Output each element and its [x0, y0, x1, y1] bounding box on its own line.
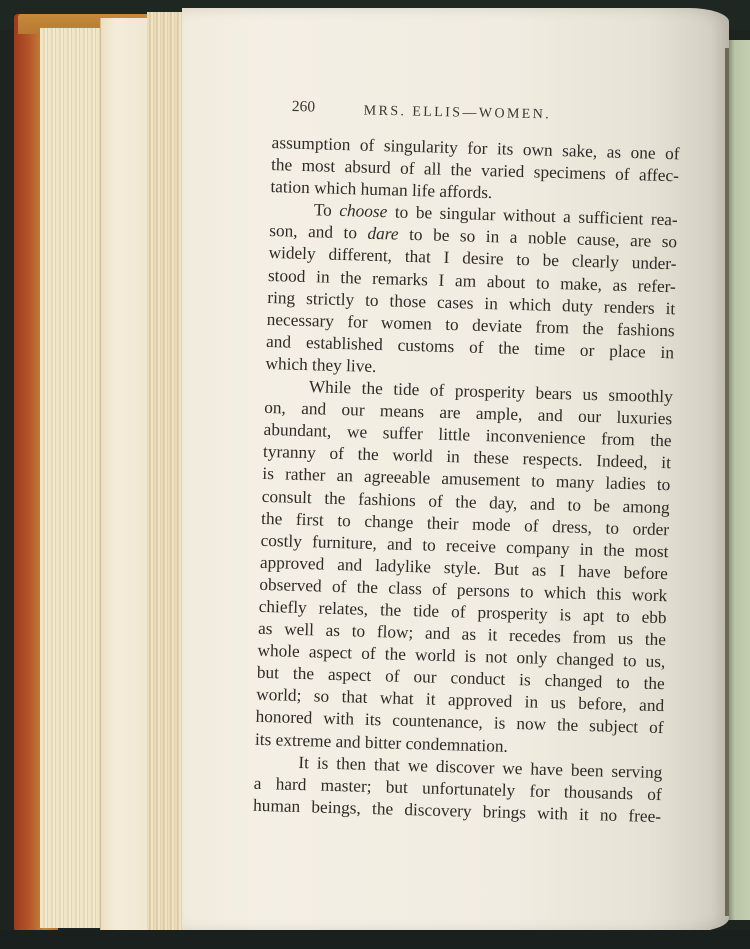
text-fragment: son, and to — [269, 221, 368, 243]
text-fragment: To — [314, 200, 340, 220]
italic-word: dare — [367, 224, 399, 244]
page-stack-middle — [147, 12, 185, 932]
running-title: MRS. ELLIS—WOMEN. — [364, 104, 552, 124]
page-stack-left — [40, 28, 100, 928]
page-fore-edge — [725, 48, 729, 916]
page-leaf — [100, 18, 151, 932]
page-number: 260 — [292, 98, 316, 116]
next-page-edge — [728, 40, 750, 920]
italic-word: choose — [339, 201, 388, 221]
book-photo: 260 MRS. ELLIS—WOMEN. assumption of sing… — [0, 0, 750, 949]
bottom-shadow — [0, 930, 750, 949]
body-text: assumption of singularity for its own sa… — [253, 132, 680, 828]
